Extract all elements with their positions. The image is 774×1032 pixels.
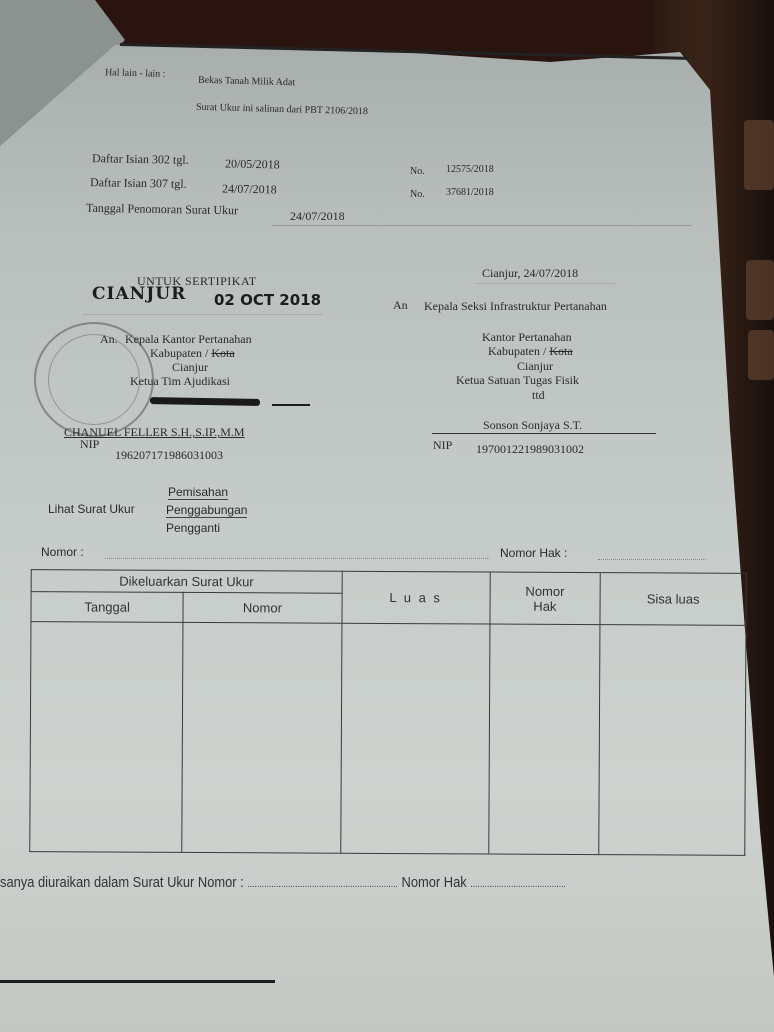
stamp-city: CIANJUR [92,284,186,304]
signature-dash [272,404,310,406]
right-title-kabupaten: Kabupaten / [488,344,546,358]
right-title-line2: Kantor Pertanahan [482,330,572,345]
left-title-line3: Cianjur [172,360,208,375]
right-nip-value: 197001221989031002 [476,442,584,457]
option-penggabungan: Penggabungan [166,503,247,518]
hal-lain-label: Hal lain - lain : [105,67,166,80]
daftar-isian-307-no-value: 37681/2018 [446,187,494,198]
group-header-dikeluarkan: Dikeluarkan Surat Ukur [31,570,342,594]
cell-sisa-luas[interactable] [599,625,746,856]
left-title-line4: Ketua Tim Ajudikasi [130,374,230,389]
right-title-kota-struck: Kota [549,344,572,358]
left-an-label: An. [100,332,118,347]
right-an-label: An [393,298,408,313]
left-title-line2: Kabupaten / Kota [150,346,235,361]
bottom-rule [0,980,275,983]
nomor-field[interactable] [105,558,490,559]
daftar-isian-302-label: Daftar Isian 302 tgl. [92,151,189,168]
footer-nomor-hak-label: Nomor Hak [401,874,466,891]
right-title-line3: Kabupaten / Kota [488,344,573,359]
background-brick [746,260,774,320]
daftar-isian-307-date: 24/07/2018 [222,182,277,198]
left-title-line1: Kepala Kantor Pertanahan [125,332,252,347]
left-nip-value: 196207171986031003 [115,448,223,463]
surat-ukur-table: Dikeluarkan Surat Ukur L u a s Nomor Hak… [29,569,746,856]
daftar-isian-302-no-value: 12575/2018 [446,164,494,175]
column-header-nomor: Nomor [183,592,342,623]
right-place-date: Cianjur, 24/07/2018 [482,266,578,281]
cell-nomor-hak[interactable] [488,624,600,855]
background-brick [748,330,774,380]
table-row [30,622,746,856]
cell-nomor[interactable] [182,622,342,853]
footer-nomor-hak-dots[interactable]: ........................................ [470,879,566,890]
footer-line: sanya diuraikan dalam Surat Ukur Nomor :… [0,874,566,891]
stamp-date: 02 OCT 2018 [214,291,321,309]
column-header-tanggal: Tanggal [31,592,183,623]
column-header-nomor-hak: Nomor Hak [490,572,601,625]
right-ttd: ttd [532,388,545,403]
daftar-isian-302-no-label: No. [410,166,425,177]
nomor-hak-field[interactable] [598,559,706,560]
lihat-surat-ukur-label: Lihat Surat Ukur [48,502,135,516]
right-title-line4: Cianjur [517,359,553,374]
background-brick [744,120,774,190]
cell-tanggal[interactable] [30,622,183,853]
daftar-isian-307-no-label: No. [410,189,425,200]
daftar-isian-307-label: Daftar Isian 307 tgl. [90,175,187,192]
right-title-line5: Ketua Satuan Tugas Fisik [456,373,579,388]
right-name-underline [432,433,656,434]
tanggal-penomoran-underline [272,225,692,226]
column-header-luas: L u a s [342,571,490,624]
option-pengganti: Pengganti [166,521,220,535]
option-pemisahan: Pemisahan [168,485,228,500]
stamp-underline [82,314,322,315]
right-title-line1: Kepala Seksi Infrastruktur Pertanahan [424,299,607,314]
left-title-kota-struck: Kota [211,346,234,360]
nomor-hak-label: Nomor Hak : [500,546,567,560]
tanggal-penomoran-label: Tanggal Penomoran Surat Ukur [86,201,238,219]
left-title-kabupaten: Kabupaten / [150,346,208,360]
column-header-sisa-luas: Sisa luas [600,573,746,626]
footer-nomor-dots[interactable]: ........................................… [247,879,398,890]
place-date-underline [475,283,615,284]
daftar-isian-302-date: 20/05/2018 [225,157,280,173]
left-nip-label: NIP [80,437,99,452]
nomor-label: Nomor : [41,545,84,559]
footer-sisanya-text: sanya diuraikan dalam Surat Ukur Nomor : [0,874,244,891]
cell-luas[interactable] [340,623,489,854]
tanggal-penomoran-value: 24/07/2018 [290,209,345,224]
right-nip-label: NIP [433,438,452,453]
right-signatory-name: Sonson Sonjaya S.T. [483,418,582,433]
